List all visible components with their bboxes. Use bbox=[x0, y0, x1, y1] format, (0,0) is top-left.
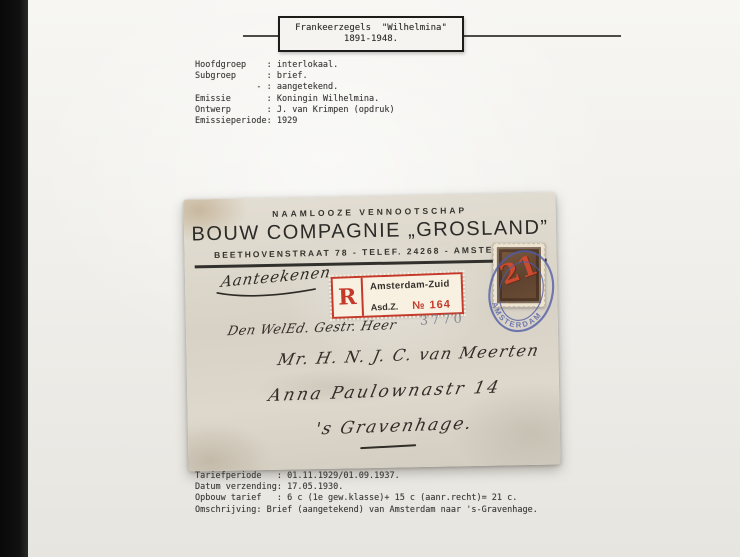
registration-number-row: Asd.Z. № 164 bbox=[371, 298, 457, 313]
classification-line: Ontwerp : J. van Krimpen (opdruk) bbox=[195, 105, 395, 116]
registration-r-letter: R bbox=[333, 278, 364, 317]
envelope: NAAMLOOZE VENNOOTSCHAP BOUW COMPAGNIE „G… bbox=[183, 192, 560, 471]
photo-scene: Frankeerzegels "Wilhelmina" 1891-1948. H… bbox=[0, 0, 740, 557]
tariff-line: Opbouw tarief : 6 c (1e gew.klasse)+ 15 … bbox=[195, 493, 538, 504]
photo-dark-edge bbox=[0, 0, 28, 557]
registration-office: Amsterdam-Zuid bbox=[370, 278, 456, 292]
classification-line: - : aangetekend. bbox=[195, 82, 395, 93]
address-street: Anna Paulownastr 14 bbox=[267, 377, 503, 406]
registered-note-underline bbox=[215, 285, 319, 301]
exhibit-title: Frankeerzegels "Wilhelmina" bbox=[295, 23, 447, 34]
classification-line: Emissie : Koningin Wilhelmina. bbox=[195, 94, 395, 105]
control-number: 3770 bbox=[419, 311, 465, 328]
registration-office-abbr: Asd.Z. bbox=[371, 301, 399, 312]
classification-block: Hoofdgroep : interlokaal. Subgroep : bri… bbox=[195, 60, 395, 127]
address-name: Mr. H. N. J. C. van Meerten bbox=[276, 340, 542, 369]
address-salutation: Den WelEd. Gestr. Heer bbox=[226, 318, 398, 339]
tariff-description-line: Omschrijving: Brief (aangetekend) van Am… bbox=[195, 505, 538, 516]
classification-line: Emissieperiode: 1929 bbox=[195, 116, 395, 127]
tariff-block: Tariefperiode : 01.11.1929/01.09.1937. D… bbox=[195, 471, 538, 516]
classification-line: Hoofdgroep : interlokaal. bbox=[195, 60, 395, 71]
title-box: Frankeerzegels "Wilhelmina" 1891-1948. bbox=[278, 16, 464, 52]
postmark: AMSTERDAM bbox=[477, 238, 565, 344]
tariff-line: Tariefperiode : 01.11.1929/01.09.1937. bbox=[195, 471, 538, 482]
address-city-underline bbox=[360, 444, 416, 449]
registration-number: № 164 bbox=[412, 299, 451, 312]
album-page: Frankeerzegels "Wilhelmina" 1891-1948. H… bbox=[28, 0, 740, 557]
registration-label-text: Amsterdam-Zuid Asd.Z. № 164 bbox=[363, 274, 462, 316]
classification-line: Subgroep : brief. bbox=[195, 71, 395, 82]
tariff-line: Datum verzending: 17.05.1930. bbox=[195, 482, 538, 493]
exhibit-subtitle: 1891-1948. bbox=[344, 34, 398, 45]
address-city: 's Gravenhage. bbox=[313, 414, 475, 440]
